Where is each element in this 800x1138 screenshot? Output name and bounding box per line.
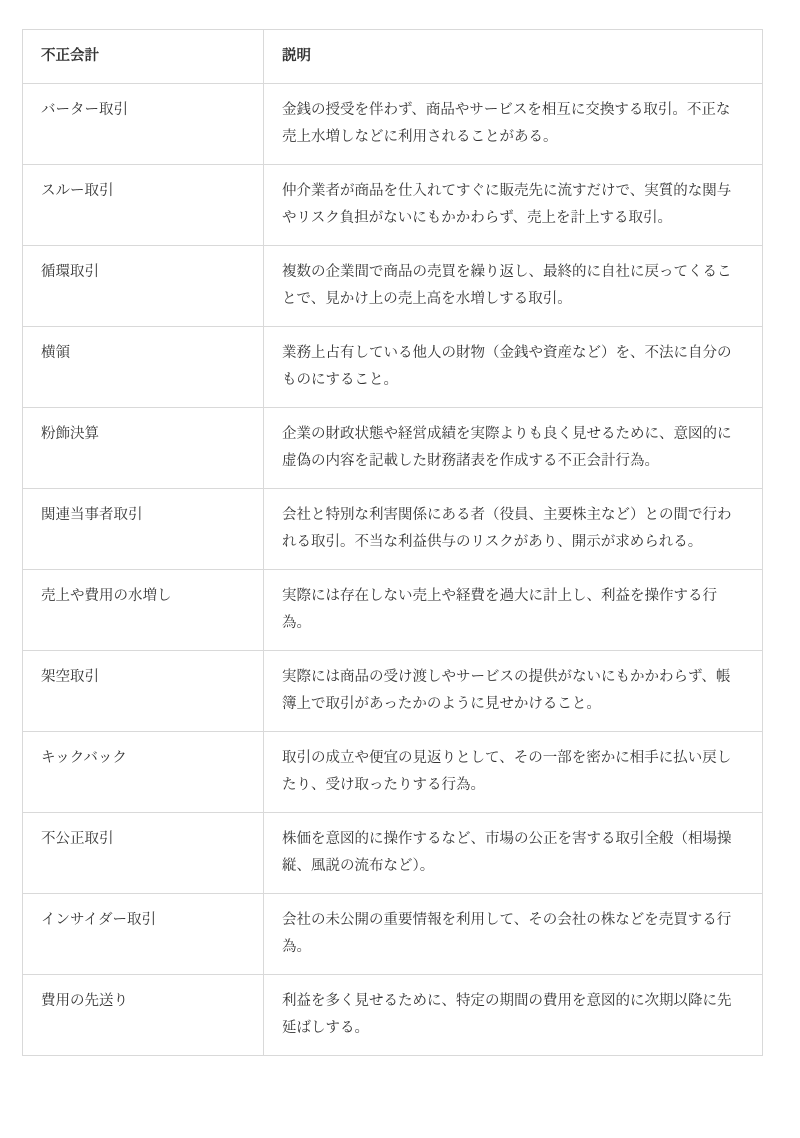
description-cell: 仲介業者が商品を仕入れてすぐに販売先に流すだけで、実質的な関与やリスク負担がない…	[264, 165, 763, 246]
fraud-accounting-table-container: 不正会計 説明 バーター取引 金銭の授受を伴わず、商品やサービスを相互に交換する…	[22, 29, 763, 1056]
term-cell: 関連当事者取引	[23, 489, 264, 570]
description-cell: 取引の成立や便宜の見返りとして、その一部を密かに相手に払い戻したり、受け取ったり…	[264, 732, 763, 813]
term-cell: 循環取引	[23, 246, 264, 327]
term-cell: 粉飾決算	[23, 408, 264, 489]
table-row: 売上や費用の水増し 実際には存在しない売上や経費を過大に計上し、利益を操作する行…	[23, 570, 763, 651]
term-cell: バーター取引	[23, 84, 264, 165]
table-row: 横領 業務上占有している他人の財物（金銭や資産など）を、不法に自分のものにするこ…	[23, 327, 763, 408]
term-cell: 費用の先送り	[23, 975, 264, 1056]
description-cell: 実際には存在しない売上や経費を過大に計上し、利益を操作する行為。	[264, 570, 763, 651]
term-cell: インサイダー取引	[23, 894, 264, 975]
table-row: インサイダー取引 会社の未公開の重要情報を利用して、その会社の株などを売買する行…	[23, 894, 763, 975]
term-cell: 売上や費用の水増し	[23, 570, 264, 651]
table-row: 不公正取引 株価を意図的に操作するなど、市場の公正を害する取引全般（相場操縦、風…	[23, 813, 763, 894]
term-cell: 不公正取引	[23, 813, 264, 894]
header-term: 不正会計	[23, 30, 264, 84]
description-cell: 会社と特別な利害関係にある者（役員、主要株主など）との間で行われる取引。不当な利…	[264, 489, 763, 570]
description-cell: 複数の企業間で商品の売買を繰り返し、最終的に自社に戻ってくることで、見かけ上の売…	[264, 246, 763, 327]
table-row: 架空取引 実際には商品の受け渡しやサービスの提供がないにもかかわらず、帳簿上で取…	[23, 651, 763, 732]
description-cell: 利益を多く見せるために、特定の期間の費用を意図的に次期以降に先延ばしする。	[264, 975, 763, 1056]
description-cell: 金銭の授受を伴わず、商品やサービスを相互に交換する取引。不正な売上水増しなどに利…	[264, 84, 763, 165]
description-cell: 株価を意図的に操作するなど、市場の公正を害する取引全般（相場操縦、風説の流布など…	[264, 813, 763, 894]
table-row: キックバック 取引の成立や便宜の見返りとして、その一部を密かに相手に払い戻したり…	[23, 732, 763, 813]
table-row: 粉飾決算 企業の財政状態や経営成績を実際よりも良く見せるために、意図的に虚偽の内…	[23, 408, 763, 489]
term-cell: スルー取引	[23, 165, 264, 246]
header-description: 説明	[264, 30, 763, 84]
fraud-accounting-table: 不正会計 説明 バーター取引 金銭の授受を伴わず、商品やサービスを相互に交換する…	[22, 29, 763, 1056]
description-cell: 企業の財政状態や経営成績を実際よりも良く見せるために、意図的に虚偽の内容を記載し…	[264, 408, 763, 489]
term-cell: 横領	[23, 327, 264, 408]
table-row: スルー取引 仲介業者が商品を仕入れてすぐに販売先に流すだけで、実質的な関与やリス…	[23, 165, 763, 246]
description-cell: 業務上占有している他人の財物（金銭や資産など）を、不法に自分のものにすること。	[264, 327, 763, 408]
term-cell: 架空取引	[23, 651, 264, 732]
header-row: 不正会計 説明	[23, 30, 763, 84]
table-row: 循環取引 複数の企業間で商品の売買を繰り返し、最終的に自社に戻ってくることで、見…	[23, 246, 763, 327]
table-row: 費用の先送り 利益を多く見せるために、特定の期間の費用を意図的に次期以降に先延ば…	[23, 975, 763, 1056]
term-cell: キックバック	[23, 732, 264, 813]
description-cell: 会社の未公開の重要情報を利用して、その会社の株などを売買する行為。	[264, 894, 763, 975]
table-row: 関連当事者取引 会社と特別な利害関係にある者（役員、主要株主など）との間で行われ…	[23, 489, 763, 570]
description-cell: 実際には商品の受け渡しやサービスの提供がないにもかかわらず、帳簿上で取引があった…	[264, 651, 763, 732]
table-row: バーター取引 金銭の授受を伴わず、商品やサービスを相互に交換する取引。不正な売上…	[23, 84, 763, 165]
